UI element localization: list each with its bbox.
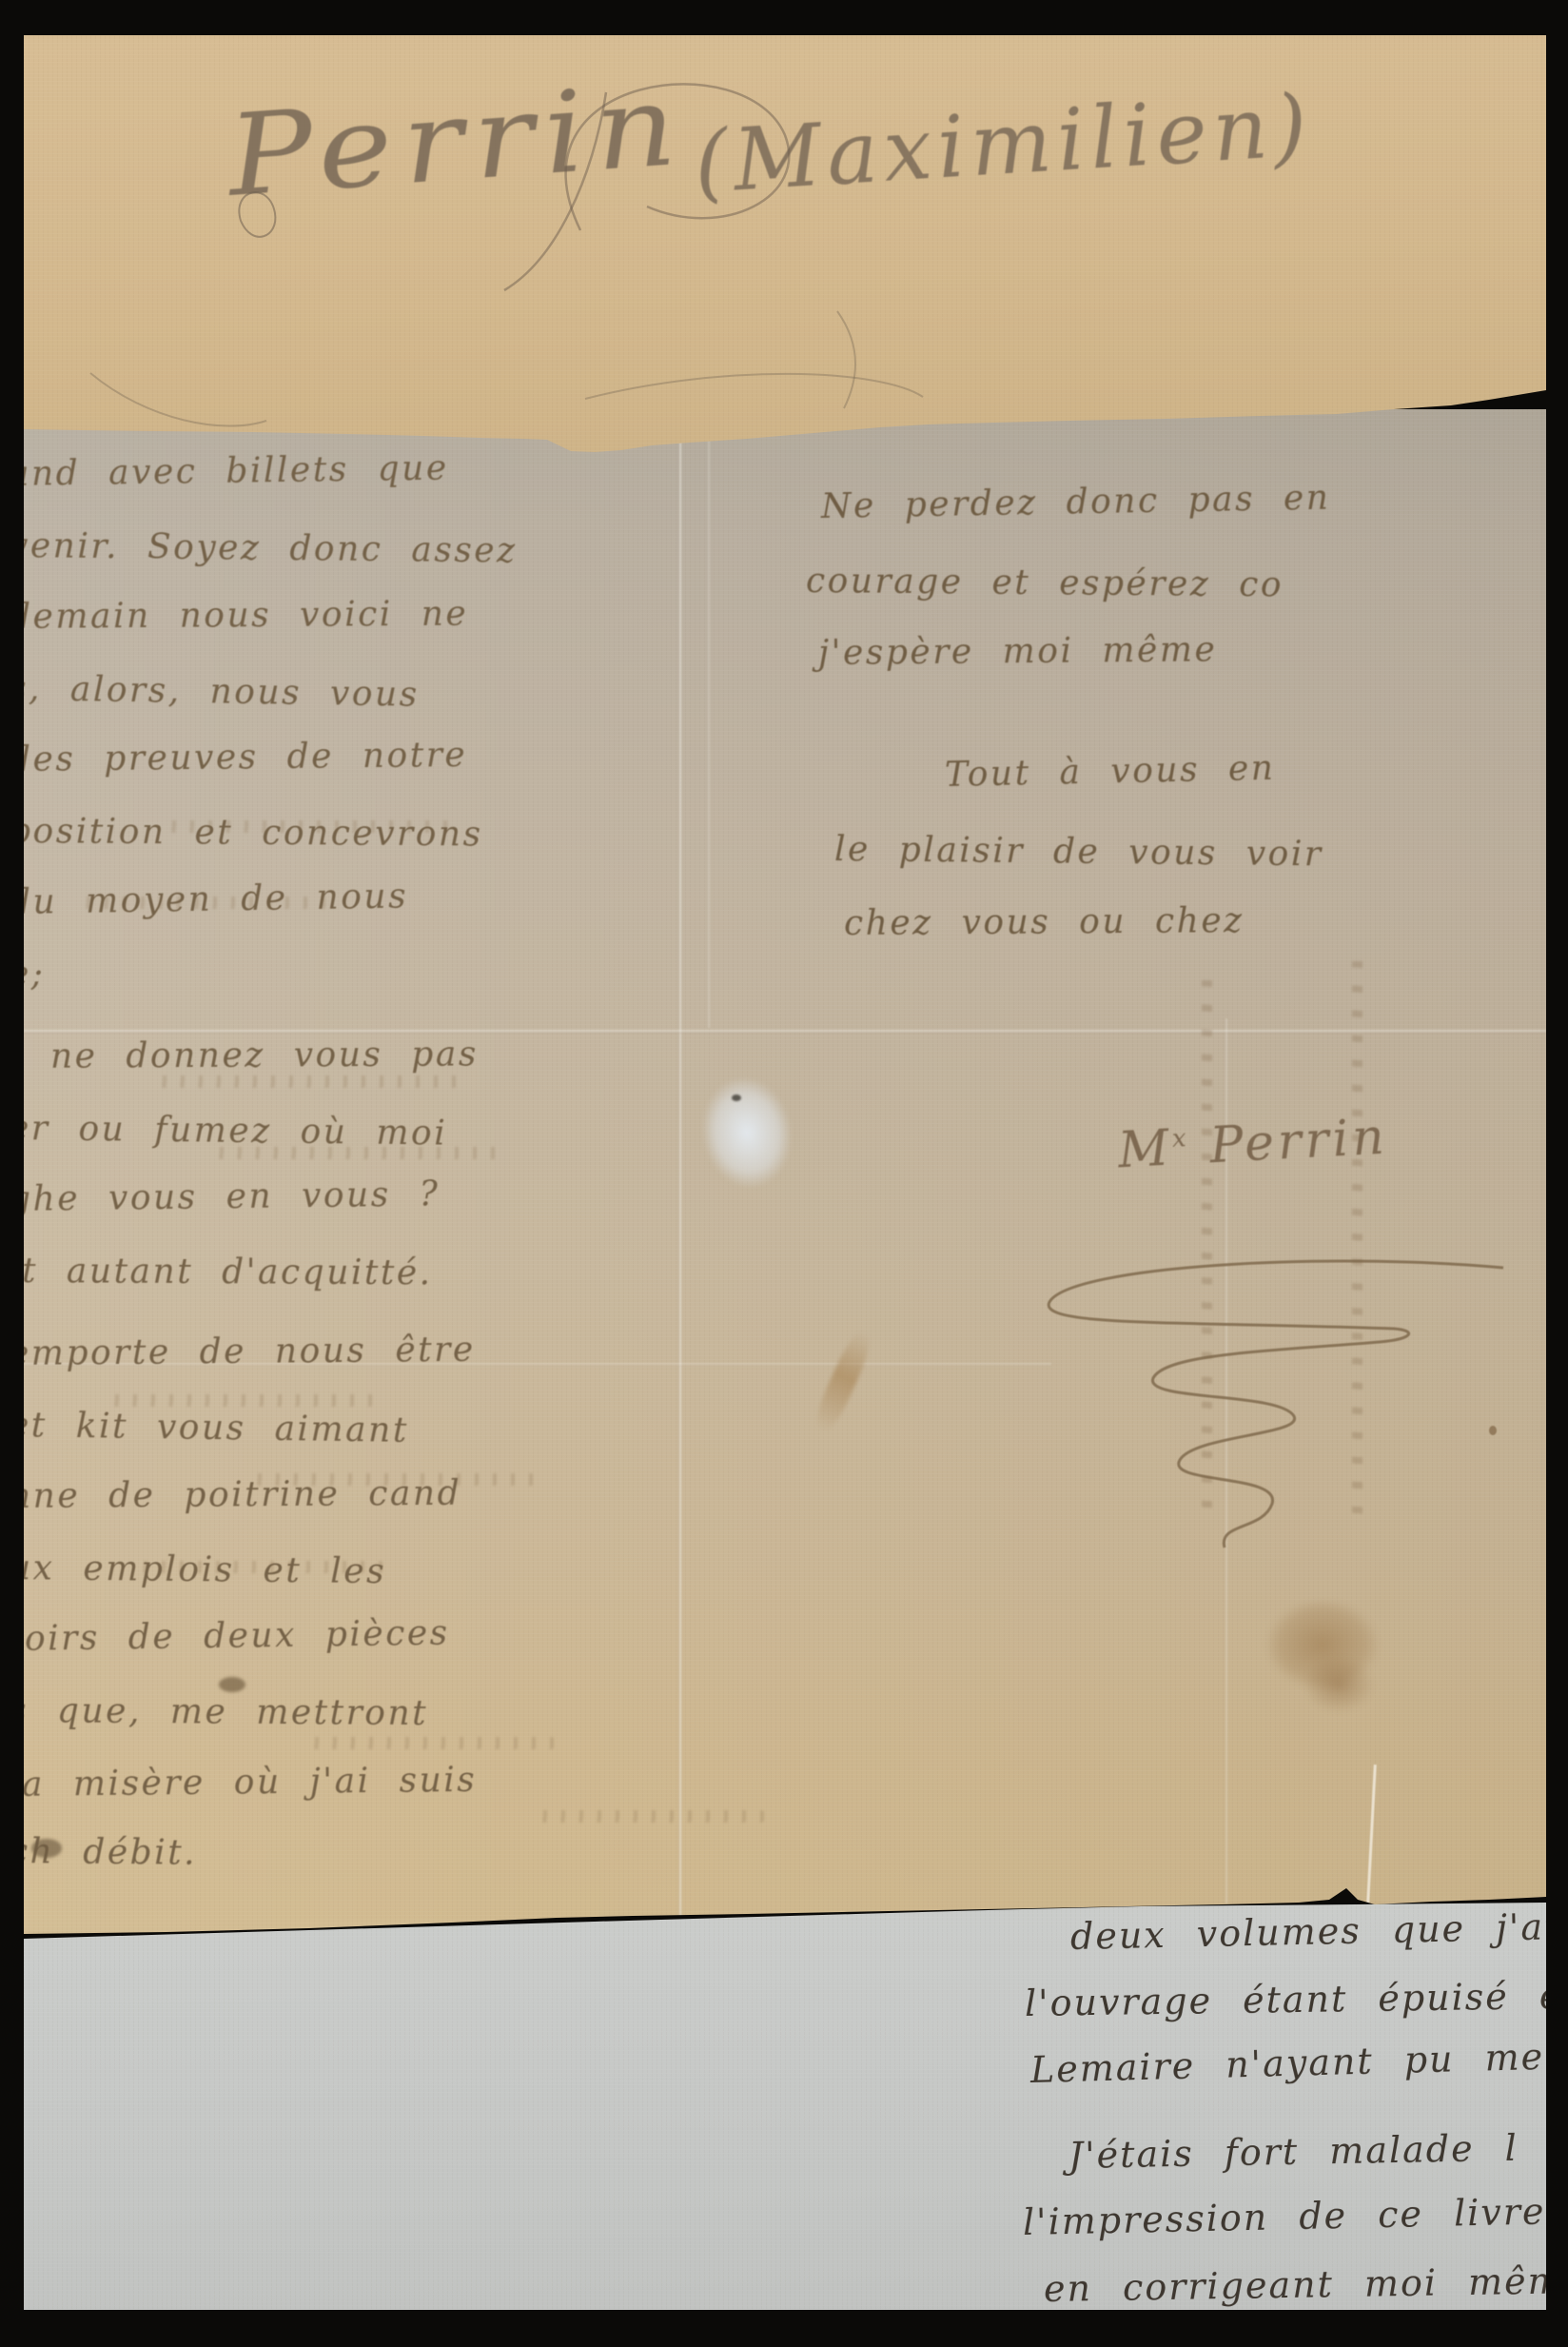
letter-right-handwriting-line: j'espère moi même: [818, 630, 1218, 673]
brown-streak-stain: [810, 1329, 875, 1436]
fold-crease-vertical: [678, 409, 682, 1934]
paper-tear: [1366, 1765, 1377, 1903]
second-letter-handwriting-line: J'étais fort malade l: [1068, 2127, 1519, 2177]
ink-speck: [732, 1095, 741, 1101]
letter-left-handwriting-line: s que, me mettront: [9, 1691, 428, 1733]
letter-right-handwriting-line: Tout à vous en: [945, 749, 1276, 795]
letter-left-handwriting-line: ch débit.: [9, 1832, 197, 1873]
ink-bleedthrough: [538, 1810, 766, 1823]
catalog-page: Perrin (Maximilien): [24, 35, 1546, 459]
letter-left-handwriting-line: ux emplois et les: [9, 1548, 386, 1591]
letter-left-handwriting-line: e;: [9, 955, 46, 994]
signature-name: Perrin: [1208, 1109, 1389, 1175]
second-letter-page: deux volumes que j'ai el'ouvrage étant é…: [24, 1899, 1546, 2310]
letter-left-handwriting-line: nne de poitrine cand: [9, 1474, 461, 1516]
signature-prefix: M: [1117, 1119, 1174, 1179]
letter-right-handwriting-line: Ne perdez donc pas en: [821, 479, 1331, 526]
ink-bleedthrough: [109, 1394, 376, 1407]
signature-flourish: [1013, 1228, 1546, 1570]
fold-crease-vertical: [707, 409, 711, 1028]
letter-left-handwriting-line: er ou fumez où moi: [9, 1109, 448, 1154]
letter-right-handwriting-line: chez vous ou chez: [844, 901, 1245, 943]
letter-left-handwriting-line: et kit vous aimant: [9, 1406, 409, 1450]
ink-bleedthrough: [309, 1737, 557, 1749]
second-letter-handwriting-line: l'ouvrage étant épuisé e: [1025, 1975, 1563, 2024]
pencil-flourishes: [24, 35, 1546, 459]
letter-left-handwriting-line: des preuves de notre: [9, 736, 468, 779]
letter-left-handwriting-line: and avec billets que: [9, 449, 449, 494]
signature: Mx Perrin: [1117, 1109, 1389, 1180]
letter-left-handwriting-line: venir. Soyez donc assez: [9, 526, 518, 571]
brown-blot-stain: [1291, 1647, 1386, 1723]
white-smudge-stain: [678, 1053, 815, 1213]
brown-blot-stain: [1251, 1588, 1394, 1702]
fold-crease-horizontal: [24, 1030, 1546, 1034]
letter-right-handwriting-line: le plaisir de vous voir: [834, 830, 1323, 874]
letter-left-handwriting-line: du moyen de nous: [9, 877, 409, 922]
ink-blot: [219, 1677, 245, 1692]
second-letter-handwriting-line: en corrigeant moi même: [1044, 2259, 1568, 2310]
letter-left-handwriting-line: la misère où j'ai suis: [9, 1761, 478, 1805]
signature-superscript: x: [1171, 1124, 1190, 1154]
letter-left-handwriting-line: i ne donnez vous pas: [9, 1035, 479, 1076]
letter-left-handwriting-line: s, alors, nous vous: [9, 669, 420, 715]
letter-left-handwriting-line: ghe vous en vous ?: [9, 1174, 441, 1219]
letter-page: and avec billets quevenir. Soyez donc as…: [24, 409, 1546, 1946]
second-letter-handwriting-line: l'impression de ce livre: [1023, 2190, 1546, 2242]
paper-grain: [24, 1899, 1546, 2310]
photo-frame: deux volumes que j'ai el'ouvrage étant é…: [0, 0, 1568, 2347]
letter-left-handwriting-line: emporte de nous être: [9, 1331, 476, 1373]
second-letter-handwriting-line: Lemaire n'ayant pu me r: [1029, 2034, 1568, 2090]
letter-left-handwriting-line: it autant d'acquitté.: [9, 1252, 433, 1292]
ink-bleedthrough: [157, 1075, 461, 1088]
letter-left-handwriting-line: position et concevrons: [9, 812, 483, 854]
second-letter-handwriting-line: deux volumes que j'ai e: [1070, 1904, 1568, 1958]
letter-right-handwriting-line: courage et espérez co: [806, 562, 1284, 604]
letter-left-handwriting-line: demain nous voici ne: [9, 595, 468, 637]
letter-left-handwriting-line: toirs de deux pièces: [9, 1614, 450, 1659]
